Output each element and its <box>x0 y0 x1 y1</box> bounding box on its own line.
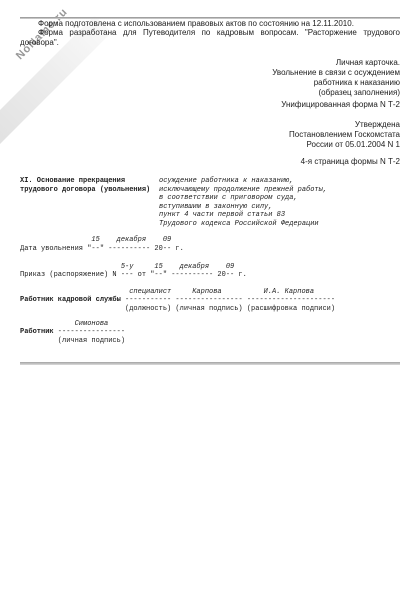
worker-signature-line: ---------------- <box>54 328 125 336</box>
hr-officer-label: Работник кадровой службы <box>20 296 121 304</box>
title-line-4: (образец заполнения) <box>272 88 400 98</box>
title-line-1: Личная карточка. <box>272 58 400 68</box>
approval-line-2: Постановлением Госкомстата <box>289 130 400 140</box>
order-values: 5-у 15 декабря 09 <box>20 263 234 272</box>
title-line-2: Увольнение в связи с осуждением <box>272 68 400 78</box>
hr-officer-row: Работник кадровой службы ----------- ---… <box>20 296 335 305</box>
note-line-1: Форма подготовлена с использованием прав… <box>20 19 400 28</box>
hr-officer-values: специалист Карпова И.А. Карпова <box>20 288 314 297</box>
dismissal-date-line: Дата увольнения "--" ---------- 20-- г. <box>20 245 184 254</box>
termination-reason-line-2: исключающему продолжение прежней работы, <box>159 186 327 195</box>
note-line-3: договора". <box>20 38 400 47</box>
page-number-label: 4-я страница формы N Т-2 <box>301 157 400 167</box>
hr-officer-captions: (должность) (личная подпись) (расшифровк… <box>20 305 335 314</box>
termination-reason-line-3: в соответствии с приговором суда, <box>159 194 298 203</box>
section-xi-label-line-1: XI. Основание прекращения <box>20 177 125 186</box>
termination-reason-line-5: пункт 4 части первой статьи 83 <box>159 211 285 220</box>
bottom-divider <box>20 362 400 365</box>
termination-reason-line-6: Трудового кодекса Российской Федерации <box>159 220 319 229</box>
approval-line-1: Утверждена <box>289 120 400 130</box>
document-title: Личная карточка. Увольнение в связи с ос… <box>272 58 400 98</box>
worker-caption: (личная подпись) <box>20 337 125 346</box>
order-line: Приказ (распоряжение) N --- от "--" ----… <box>20 271 247 280</box>
title-line-3: работника к наказанию <box>272 78 400 88</box>
hr-officer-signature-lines: ----------- ---------------- -----------… <box>121 296 335 304</box>
approval-block: Утверждена Постановлением Госкомстата Ро… <box>289 120 400 150</box>
dismissal-date-values: 15 декабря 09 <box>20 236 171 245</box>
approval-line-3: России от 05.01.2004 N 1 <box>289 140 400 150</box>
preparation-note: Форма подготовлена с использованием прав… <box>20 19 400 47</box>
document-page: NoName.ru Форма подготовлена с использов… <box>0 0 420 600</box>
note-line-2: Форма разработана для Путеводителя по ка… <box>20 28 400 37</box>
worker-signature-value: Симонова <box>20 320 108 329</box>
unified-form-name: Унифицированная форма N Т-2 <box>281 100 400 110</box>
worker-label: Работник <box>20 328 54 336</box>
termination-reason-line-1: осуждение работника к наказанию, <box>159 177 293 186</box>
section-xi-label-line-2: трудового договора (увольнения) <box>20 186 150 195</box>
worker-row: Работник ---------------- <box>20 328 125 337</box>
